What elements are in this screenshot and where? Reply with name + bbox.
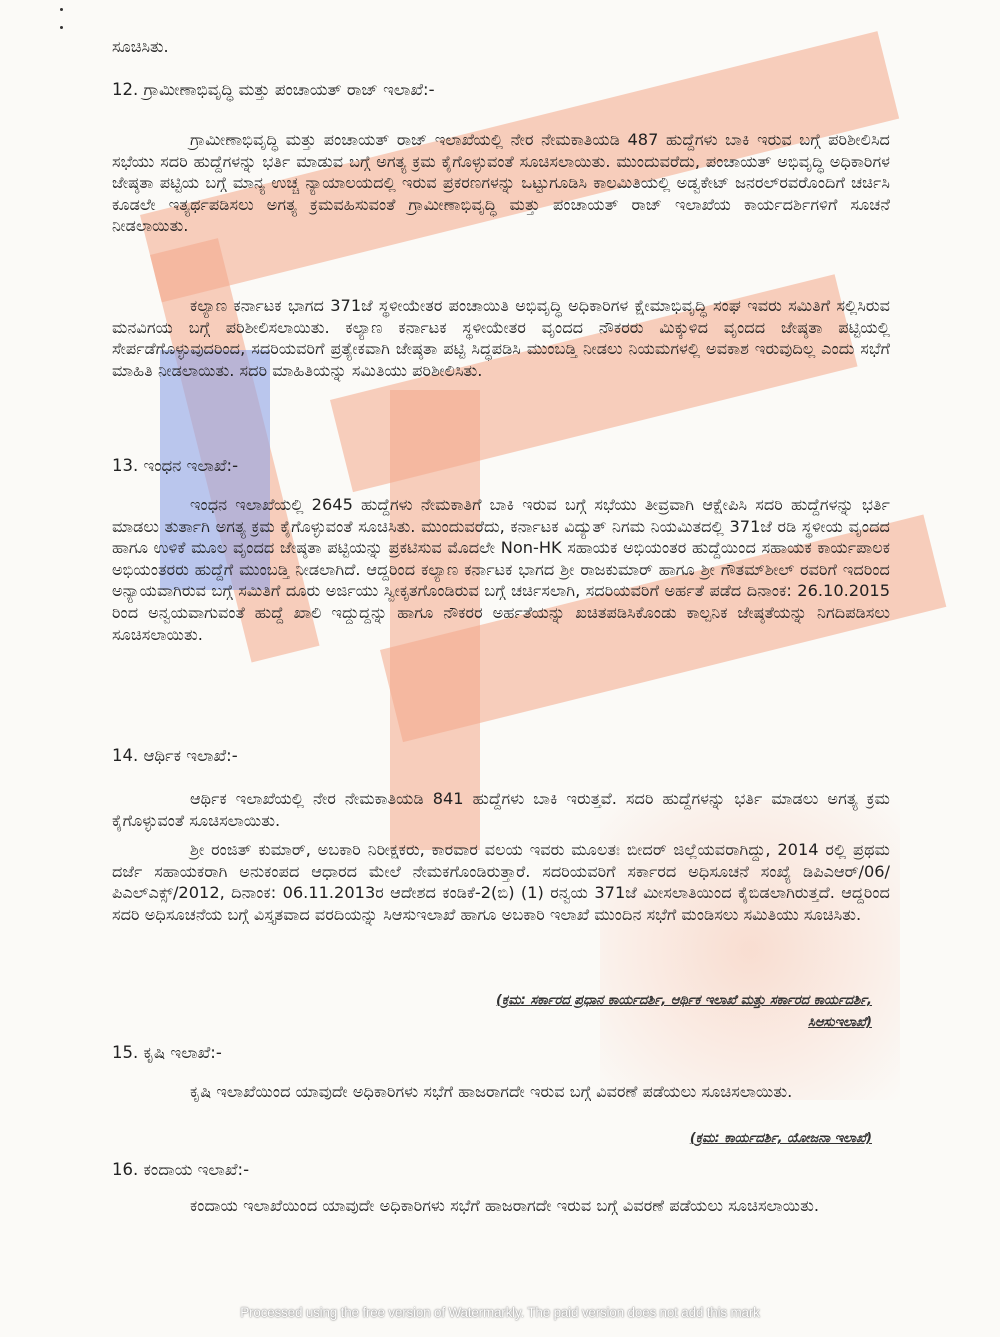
action-note-line-1: (ಕ್ರಮ: ಕಾರ್ಯದರ್ಶಿ, ಯೋಜನಾ ಇಲಾಖೆ) xyxy=(690,1128,872,1150)
section-heading-14: 14. ಆರ್ಥಿಕ ಇಲಾಖೆ:- xyxy=(112,746,238,766)
action-note-line-1: (ಕ್ರಮ: ಸರ್ಕಾರದ ಪ್ರಧಾನ ಕಾರ್ಯದರ್ಶಿ, ಆರ್ಥಿಕ… xyxy=(496,990,872,1012)
section-14-paragraph-1: ಆರ್ಥಿಕ ಇಲಾಖೆಯಲ್ಲಿ ನೇರ ನೇಮಕಾತಿಯಡಿ 841 ಹುದ… xyxy=(112,788,890,831)
scan-speck xyxy=(60,8,63,11)
section-heading-12: 12. ಗ್ರಾಮೀಣಾಭಿವೃದ್ಧಿ ಮತ್ತು ಪಂಚಾಯತ್ ರಾಜ್ … xyxy=(112,80,435,100)
watermark-footer-text: Processed using the free version of Wate… xyxy=(0,1305,1000,1320)
section-14-paragraph-2: ಶ್ರೀ ರಂಜಿತ್ ಕುಮಾರ್, ಅಬಕಾರಿ ನಿರೀಕ್ಷಕರು, ಕ… xyxy=(112,839,890,925)
section-16-paragraph-1: ಕಂದಾಯ ಇಲಾಖೆಯಿಂದ ಯಾವುದೇ ಅಧಿಕಾರಿಗಳು ಸಭೆಗೆ … xyxy=(112,1195,890,1217)
scan-speck xyxy=(60,26,63,29)
section-heading-13: 13. ಇಂಧನ ಇಲಾಖೆ:- xyxy=(112,456,238,476)
action-note-line-2: ಸಿಆಸುಇಲಾಖೆ) xyxy=(496,1012,872,1034)
section-heading-15: 15. ಕೃಷಿ ಇಲಾಖೆ:- xyxy=(112,1043,222,1063)
section-heading-16: 16. ಕಂದಾಯ ಇಲಾಖೆ:- xyxy=(112,1160,249,1180)
section-15-paragraph-1: ಕೃಷಿ ಇಲಾಖೆಯಿಂದ ಯಾವುದೇ ಅಧಿಕಾರಿಗಳು ಸಭೆಗೆ ಹ… xyxy=(112,1081,890,1103)
section-13-paragraph-1: ಇಂಧನ ಇಲಾಖೆಯಲ್ಲಿ 2645 ಹುದ್ದೆಗಳು ನೇಮಕಾತಿಗೆ… xyxy=(112,494,890,645)
section-12-paragraph-2: ಕಲ್ಯಾಣ ಕರ್ನಾಟಕ ಭಾಗದ 371ಜೆ ಸ್ಥಳೀಯೇತರ ಪಂಚಾ… xyxy=(112,295,890,381)
section-12-paragraph-1: ಗ್ರಾಮೀಣಾಭಿವೃದ್ಧಿ ಮತ್ತು ಪಂಚಾಯತ್ ರಾಜ್ ಇಲಾಖ… xyxy=(112,129,890,237)
action-note-14: (ಕ್ರಮ: ಸರ್ಕಾರದ ಪ್ರಧಾನ ಕಾರ್ಯದರ್ಶಿ, ಆರ್ಥಿಕ… xyxy=(496,990,872,1034)
continuation-text: ಸೂಚಿಸಿತು. xyxy=(112,37,169,57)
action-note-15: (ಕ್ರಮ: ಕಾರ್ಯದರ್ಶಿ, ಯೋಜನಾ ಇಲಾಖೆ) xyxy=(690,1128,872,1150)
